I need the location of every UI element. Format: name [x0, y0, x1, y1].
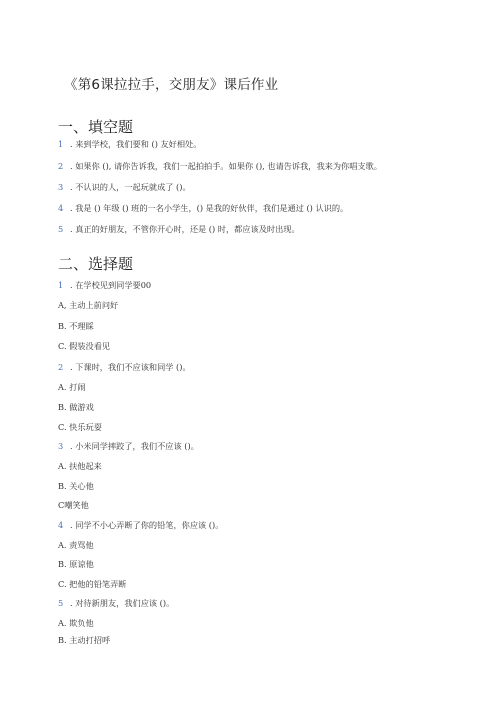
- question-text: . 不认识的人，一起玩就成了 ()。: [70, 182, 191, 192]
- fill-blank-question-2: 2. 如果你 (), 请你告诉我，我们一起拍拍手。如果你 (), 也请告诉我，我…: [58, 161, 382, 172]
- question-number: 3: [58, 441, 70, 451]
- choice-question-4: 4. 同学不小心弄断了你的铅笔，你应该 ()。: [58, 520, 223, 531]
- question-number: 1: [58, 139, 70, 149]
- question-number: 2: [58, 362, 70, 372]
- question-text: . 如果你 (), 请你告诉我，我们一起拍拍手。如果你 (), 也请告诉我，我来…: [70, 161, 382, 171]
- choice-option: C. 假装没看见: [58, 341, 110, 352]
- question-number: 1: [58, 280, 70, 290]
- choice-option: A, 主动上前问好: [58, 300, 118, 311]
- question-text: . 下课时，我们不应该和同学 ()。: [70, 362, 191, 372]
- choice-question-1: 1. 在学校见到同学要00: [58, 280, 151, 291]
- choice-option: C. 把他的铅笔弄断: [58, 579, 127, 590]
- choice-option: A. 欺负他: [58, 618, 94, 629]
- choice-question-3: 3. 小米同学摔跤了，我们不应该 ()。: [58, 441, 199, 452]
- choice-question-5: 5. 对待新朋友，我们应该 ()。: [58, 598, 174, 609]
- choice-option: B. 做游戏: [58, 402, 94, 413]
- question-number: 2: [58, 161, 70, 171]
- choice-option: A. 扶他起来: [58, 461, 102, 472]
- choice-option: B. 原谅他: [58, 559, 94, 570]
- choice-option: B. 主动打招呼: [58, 635, 110, 646]
- question-number: 4: [58, 203, 70, 213]
- question-number: 5: [58, 224, 70, 234]
- question-number: 5: [58, 598, 70, 608]
- fill-blank-question-4: 4. 我是 () 年级 () 班的一名小学生，() 是我的好伙伴，我们是通过 (…: [58, 203, 348, 214]
- question-text: . 对待新朋友，我们应该 ()。: [70, 598, 174, 608]
- question-text: . 来到学校，我们要和 () 友好相处。: [70, 139, 201, 149]
- question-text: . 同学不小心弄断了你的铅笔，你应该 ()。: [70, 520, 223, 530]
- choice-option: C嘲笑他: [58, 500, 89, 511]
- choice-option: C. 快乐玩耍: [58, 422, 102, 433]
- document-title: 《第6课拉拉手，交朋友》课后作业: [64, 73, 278, 93]
- fill-blank-question-3: 3. 不认识的人，一起玩就成了 ()。: [58, 182, 191, 193]
- section-heading-fill-blank: 一、填空题: [58, 116, 133, 137]
- question-number: 4: [58, 520, 70, 530]
- choice-option: B. 关心他: [58, 481, 94, 492]
- section-heading-multiple-choice: 二、选择题: [58, 253, 133, 274]
- question-number: 3: [58, 182, 70, 192]
- question-text: . 我是 () 年级 () 班的一名小学生，() 是我的好伙伴，我们是通过 ()…: [70, 203, 348, 213]
- choice-question-2: 2. 下课时，我们不应该和同学 ()。: [58, 362, 191, 373]
- choice-option: A. 打闹: [58, 382, 86, 393]
- fill-blank-question-5: 5. 真正的好朋友，不管你开心时，还是 () 时，都应该及时出现。: [58, 224, 300, 235]
- question-text: . 真正的好朋友，不管你开心时，还是 () 时，都应该及时出现。: [70, 224, 300, 234]
- choice-option: B. 不理睬: [58, 321, 94, 332]
- fill-blank-question-1: 1. 来到学校，我们要和 () 友好相处。: [58, 139, 201, 150]
- question-text: . 小米同学摔跤了，我们不应该 ()。: [70, 441, 199, 451]
- question-text: . 在学校见到同学要00: [70, 280, 151, 290]
- choice-option: A. 责骂他: [58, 540, 94, 551]
